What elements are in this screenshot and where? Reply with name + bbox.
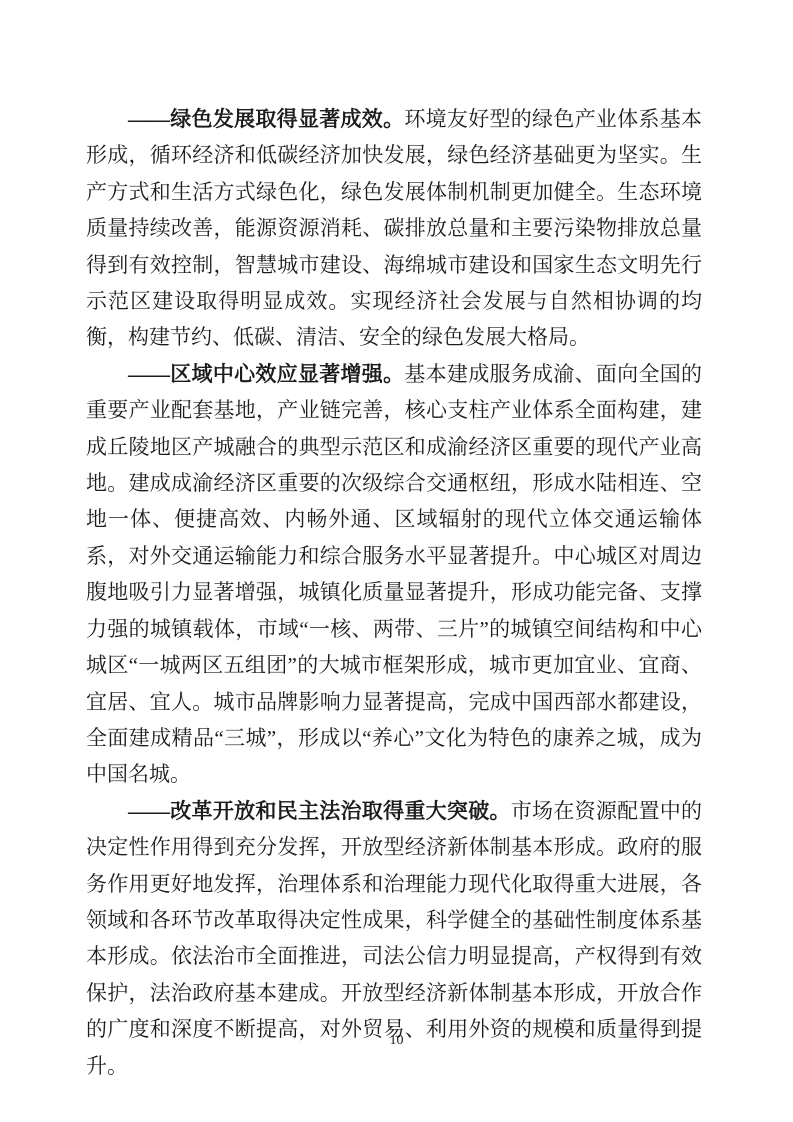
paragraph-text: 环境友好型的绿色产业体系基本形成，循环经济和低碳经济加快发展，绿色经济基础更为坚…	[86, 107, 702, 349]
paragraph-lead: ——改革开放和民主法治取得重大突破。	[128, 799, 511, 823]
document-body: ——绿色发展取得显著成效。环境友好型的绿色产业体系基本形成，循环经济和低碳经济加…	[86, 101, 702, 1084]
paragraph-green-development: ——绿色发展取得显著成效。环境友好型的绿色产业体系基本形成，循环经济和低碳经济加…	[86, 101, 702, 356]
paragraph-text: 基本建成服务成渝、面向全国的重要产业配套基地，产业链完善，核心支柱产业体系全面构…	[86, 362, 702, 786]
paragraph-lead: ——区域中心效应显著增强。	[128, 362, 404, 386]
paragraph-lead: ——绿色发展取得显著成效。	[128, 107, 404, 131]
paragraph-regional-center: ——区域中心效应显著增强。基本建成服务成渝、面向全国的重要产业配套基地，产业链完…	[86, 356, 702, 793]
page-number: 10	[0, 1033, 793, 1049]
document-page: ——绿色发展取得显著成效。环境友好型的绿色产业体系基本形成，循环经济和低碳经济加…	[0, 0, 793, 1122]
